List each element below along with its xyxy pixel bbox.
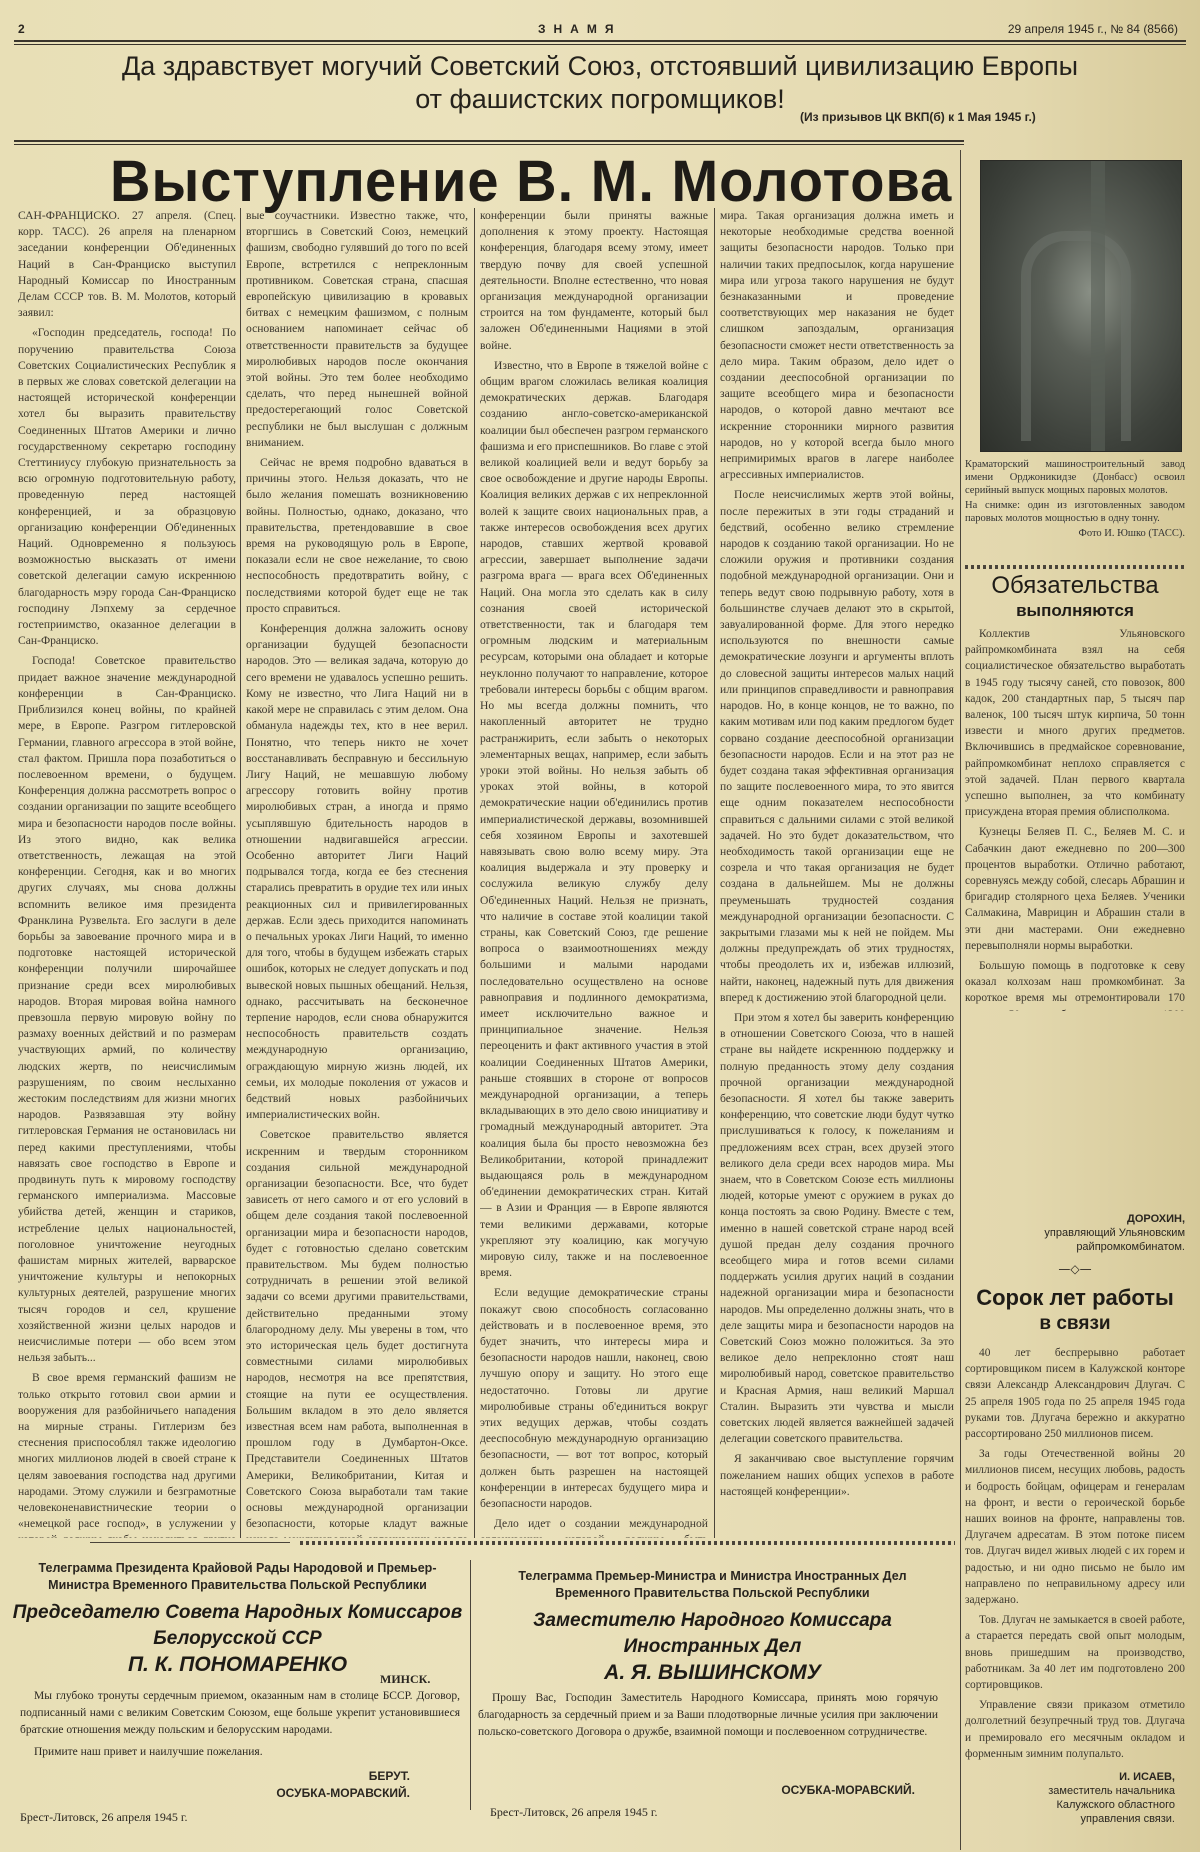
article-paragraph: Известно, что в Европе в тяжелой войне с… — [480, 358, 708, 1282]
side-paragraph: Кузнецы Беляев П. С., Беляев М. С. и Саб… — [965, 824, 1185, 954]
addressee-line: Белорусской ССР — [10, 1626, 465, 1652]
telegram-2-header: Телеграмма Премьер-Министра и Министра И… — [480, 1568, 945, 1602]
signature-title: управляющий Ульяновским — [965, 1226, 1185, 1240]
article-paragraph: Сейчас не время подробно вдаваться в при… — [246, 455, 468, 617]
side-article-2-title: Сорок лет работы — [965, 1285, 1185, 1311]
newspaper-page: 2 ЗНАМЯ 29 апреля 1945 г., № 84 (8566) Д… — [0, 0, 1200, 1852]
side-paragraph: За годы Отечественной войны 20 миллионов… — [965, 1446, 1185, 1608]
issue-info: 29 апреля 1945 г., № 84 (8566) — [1008, 22, 1178, 36]
photo-arch-shape — [1021, 231, 1131, 441]
wavy-divider — [965, 565, 1185, 569]
article-paragraph: САН-ФРАНЦИСКО. 27 апреля. (Спец. корр. Т… — [18, 208, 236, 321]
caption-text: Краматорский машиностроительный завод им… — [965, 458, 1185, 497]
side-article-1-signature: ДОРОХИН, управляющий Ульяновским райпром… — [965, 1212, 1185, 1254]
masthead: 2 ЗНАМЯ 29 апреля 1945 г., № 84 (8566) — [18, 14, 1178, 40]
photo-column-shape — [1091, 161, 1105, 451]
signature-name: И. ИСАЕВ, — [965, 1770, 1175, 1784]
addressee-line: Председателю Совета Народных Комиссаров — [10, 1600, 465, 1626]
side-article-1-body: Коллектив Ульяновского райпромкомбината … — [965, 626, 1185, 1011]
telegram-1-addressee: Председателю Совета Народных Комиссаров … — [10, 1600, 465, 1678]
article-column-1: САН-ФРАНЦИСКО. 27 апреля. (Спец. корр. Т… — [18, 208, 236, 1538]
side-paragraph: Большую помощь в подготовке к севу оказа… — [965, 958, 1185, 1011]
telegram-1-body: Мы глубоко тронуты сердечным приемом, ок… — [20, 1688, 460, 1766]
article-paragraph: мира. Такая организация должна иметь и н… — [720, 208, 954, 483]
telegram-paragraph: Примите наш привет и наилучшие пожелания… — [20, 1744, 460, 1761]
side-paragraph: Тов. Длугач не замыкается в своей работе… — [965, 1612, 1185, 1693]
telegram-paragraph: Прошу Вас, Господин Заместитель Народног… — [478, 1690, 938, 1741]
side-article-1-title: Обязательства — [965, 572, 1185, 600]
side-paragraph: Коллектив Ульяновского райпромкомбината … — [965, 626, 1185, 820]
article-paragraph: Советское правительство является искренн… — [246, 1127, 468, 1538]
signature-title: управления связи. — [965, 1812, 1175, 1826]
signature-title: райпромкомбинатом. — [965, 1240, 1185, 1254]
article-paragraph: В свое время германский фашизм не только… — [18, 1370, 236, 1538]
telegram-1-city: МИНСК. — [380, 1672, 430, 1687]
column-divider — [474, 208, 475, 1538]
column-divider — [960, 150, 961, 1850]
addressee-line: Заместителю Народного Комиссара — [480, 1608, 945, 1634]
article-column-4: мира. Такая организация должна иметь и н… — [720, 208, 954, 1538]
article-paragraph: После неисчислимых жертв этой войны, пос… — [720, 487, 954, 1006]
telegram-separator-wavy — [300, 1541, 955, 1545]
signature: БЕРУТ. — [200, 1768, 410, 1785]
signature-title: заместитель начальника — [965, 1784, 1175, 1798]
article-paragraph: «Господин председатель, господа! По пору… — [18, 325, 236, 649]
telegram-2-signatures: ОСУБКА-МОРАВСКИЙ. — [700, 1782, 915, 1799]
addressee-name: А. Я. ВЫШИНСКОМУ — [480, 1660, 945, 1686]
slogan-line-1: Да здравствует могучий Советский Союз, о… — [60, 50, 1140, 83]
telegram-1-place-date: Брест-Литовск, 26 апреля 1945 г. — [20, 1810, 187, 1825]
photo-credit: Фото И. Юшко (ТАСС). — [965, 527, 1185, 540]
telegram-separator-left — [90, 1542, 290, 1543]
article-paragraph: Дело идет о создании международной орган… — [480, 1516, 708, 1538]
column-divider — [470, 1560, 471, 1810]
telegram-2-addressee: Заместителю Народного Комиссара Иностран… — [480, 1608, 945, 1686]
masthead-rule — [14, 40, 1186, 45]
article-paragraph: конференции были приняты важные дополнен… — [480, 208, 708, 354]
signature: ОСУБКА-МОРАВСКИЙ. — [700, 1782, 915, 1799]
article-paragraph: вые соучастники. Известно также, что, вт… — [246, 208, 468, 451]
newspaper-name: ЗНАМЯ — [538, 22, 621, 36]
side-paragraph: 40 лет беспрерывно работает сортировщико… — [965, 1345, 1185, 1442]
photo-caption: Краматорский машиностроительный завод им… — [965, 458, 1185, 542]
article-paragraph: При этом я хотел бы заверить конференцию… — [720, 1010, 954, 1447]
side-article-1-subtitle: выполняются — [965, 600, 1185, 622]
article-column-2: вые соучастники. Известно также, что, вт… — [246, 208, 468, 1538]
signature-title: Калужского областного — [965, 1798, 1175, 1812]
slogan-source: (Из призывов ЦК ВКП(б) к 1 Мая 1945 г.) — [800, 110, 1036, 124]
main-headline: Выступление В. М. Молотова — [110, 146, 952, 214]
telegram-2-body: Прошу Вас, Господин Заместитель Народног… — [478, 1690, 938, 1746]
article-paragraph: Если ведущие демократические страны пока… — [480, 1285, 708, 1512]
slogan-banner: Да здравствует могучий Советский Союз, о… — [60, 50, 1140, 116]
signature-name: ДОРОХИН, — [965, 1212, 1185, 1226]
side-article-2-body: 40 лет беспрерывно работает сортировщико… — [965, 1345, 1185, 1765]
telegram-2-place-date: Брест-Литовск, 26 апреля 1945 г. — [490, 1805, 657, 1820]
steam-hammer-photo — [980, 160, 1182, 452]
side-paragraph: Управление связи приказом отметило долго… — [965, 1697, 1185, 1762]
side-article-2-subtitle: в связи — [965, 1312, 1185, 1336]
signature: ОСУБКА-МОРАВСКИЙ. — [200, 1785, 410, 1802]
article-paragraph: Господа! Советское правительство придает… — [18, 653, 236, 1366]
page-number: 2 — [18, 22, 25, 36]
addressee-line: Иностранных Дел — [480, 1634, 945, 1660]
article-paragraph: Конференция должна заложить основу орган… — [246, 621, 468, 1123]
side-article-2-signature: И. ИСАЕВ, заместитель начальника Калужск… — [965, 1770, 1175, 1826]
telegram-1-signatures: БЕРУТ. ОСУБКА-МОРАВСКИЙ. — [200, 1768, 410, 1802]
telegram-1-header: Телеграмма Президента Крайовой Рады Наро… — [10, 1560, 465, 1594]
telegram-paragraph: Мы глубоко тронуты сердечным приемом, ок… — [20, 1688, 460, 1739]
article-column-3: конференции были приняты важные дополнен… — [480, 208, 708, 1538]
diamond-divider: —◇— — [965, 1262, 1185, 1276]
article-paragraph: Я заканчиваю свое выступление горячим по… — [720, 1451, 954, 1500]
slogan-rule — [14, 140, 964, 145]
column-divider — [240, 208, 241, 1538]
column-divider — [714, 208, 715, 1538]
caption-detail: На снимке: один из изготовленных заводом… — [965, 499, 1185, 525]
